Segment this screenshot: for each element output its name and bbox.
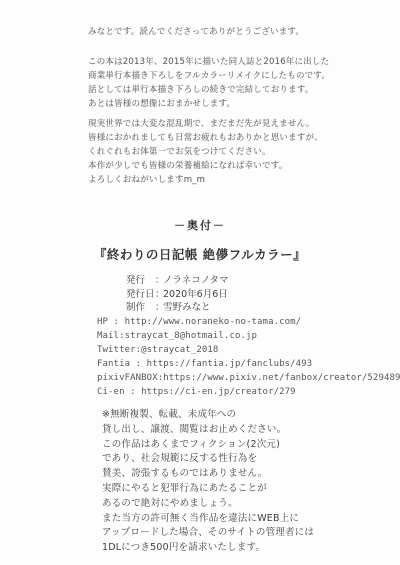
disclaimer-line: 貸し出し、譲渡、閲覧はお止めください。: [102, 423, 380, 438]
publication-label: 発行: [126, 274, 155, 288]
publication-separator: ：: [155, 274, 163, 288]
disclaimer-line: 1DLにつき500円を請求いたします。: [102, 541, 380, 556]
afterword-paragraph-greeting: みなとです。読んでくださってありがとうございます。: [88, 25, 380, 39]
link-pixiv-fanbox: pixivFANBOX:https://www.pixiv.net/fanbox…: [97, 372, 400, 386]
afterword-line: 皆様におかれましても日常お疲れもおありかと思いますが、: [88, 131, 380, 145]
link-twitter: Twitter:@straycat_2018: [97, 344, 400, 358]
publication-row-publisher: 発行：ノラネコノタマ: [126, 274, 229, 288]
disclaimer-line: また当方の許可無く当作品を違法にWEB上に: [102, 512, 380, 527]
disclaimer-line: この作品はあくまでフィクション(2次元): [102, 438, 380, 453]
afterword-paragraph-about-book: この本は2013年、2015年に描いた同人誌と2016年に出した 商業単行本描き…: [88, 55, 380, 111]
afterword-line: 現実世界では大変な混乱期で、まだまだ先が見えません。: [88, 117, 380, 131]
disclaimer-line: であり、社会規範に反する性行為を: [102, 452, 380, 467]
disclaimer-line: あるので絶対にやめましょう。: [102, 497, 380, 512]
publication-label: 制作: [126, 301, 155, 315]
book-title: 『終わりの日記帳 絶儚フルカラー』: [0, 245, 400, 263]
afterword-line: くれぐれもお体第一でお気をつけてください。: [88, 145, 380, 159]
afterword-line: 商業単行本描き下ろしをフルカラーリメイクにしたものです。: [88, 69, 380, 83]
afterword-line: あとは皆様の想像におまかせします。: [88, 97, 380, 111]
publication-value: 2020年6月6日: [163, 289, 228, 300]
link-fantia: Fantia : https://fantia.jp/fanclubs/493: [97, 358, 400, 372]
afterword-line: 話としては単行本描き下ろしの続きで完結しております。: [88, 83, 380, 97]
afterword-line: よろしくおねがいしますm_m: [88, 173, 380, 187]
legal-disclaimer: ※無断複製、転載、未成年への 貸し出し、譲渡、閲覧はお止めください。 この作品は…: [102, 408, 380, 556]
contact-links: HP : http://www.noraneko-no-tama.com/ Ma…: [97, 316, 400, 399]
afterword-line: 本作が少しでも皆様の栄養補給になれば幸いです。: [88, 159, 380, 173]
afterword-line: みなとです。読んでくださってありがとうございます。: [88, 25, 380, 39]
colophon-heading: －奥付－: [0, 217, 400, 233]
publication-row-creator: 制作：雪野みなと: [126, 301, 229, 315]
afterword-paragraph-closing: 現実世界では大変な混乱期で、まだまだ先が見えません。 皆様におかれましても日常お…: [88, 117, 380, 187]
link-mail: Mail:straycat_8@hotmail.co.jp: [97, 330, 400, 344]
publication-value: ノラネコノタマ: [163, 275, 229, 286]
link-ci-en: Ci-en : https://ci-en.jp/creator/279: [97, 386, 400, 400]
link-homepage: HP : http://www.noraneko-no-tama.com/: [97, 316, 400, 330]
publication-info: 発行：ノラネコノタマ 発行日：2020年6月6日 制作：雪野みなと: [126, 274, 229, 315]
colophon-header: －奥付－ 『終わりの日記帳 絶儚フルカラー』: [0, 217, 400, 263]
afterword-line: この本は2013年、2015年に描いた同人誌と2016年に出した: [88, 55, 380, 69]
publication-label: 発行日: [126, 288, 155, 302]
disclaimer-line: アップロードした場合、そのサイトの管理者には: [102, 526, 380, 541]
disclaimer-line: 賛美、誇張するものではありません。: [102, 467, 380, 482]
publication-separator: ：: [155, 301, 163, 315]
disclaimer-line: ※無断複製、転載、未成年への: [102, 408, 380, 423]
publication-row-date: 発行日：2020年6月6日: [126, 288, 229, 302]
disclaimer-line: 実際にやると犯罪行為にあたることが: [102, 482, 380, 497]
publication-value: 雪野みなと: [163, 302, 211, 313]
publication-separator: ：: [155, 288, 163, 302]
colophon-page: みなとです。読んでくださってありがとうございます。 この本は2013年、2015…: [0, 0, 400, 565]
author-afterword: みなとです。読んでくださってありがとうございます。 この本は2013年、2015…: [88, 25, 380, 187]
